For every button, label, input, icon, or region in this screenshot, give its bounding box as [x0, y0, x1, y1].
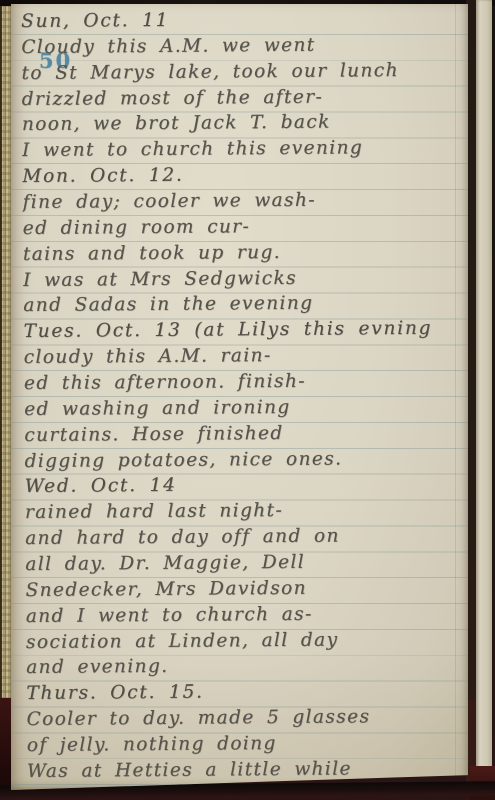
diary-line: noon, we brot Jack T. back — [22, 109, 468, 138]
diary-line: and I went to church as- — [26, 600, 472, 629]
diary-line: and evening. — [26, 652, 472, 681]
diary-line: to St Marys lake, took our lunch — [21, 57, 467, 86]
diary-line: drizzled most of the after- — [22, 83, 468, 112]
diary-line: and Sadas in the evening — [23, 290, 469, 319]
diary-line: ed washing and ironing — [24, 393, 470, 422]
entry-date-line: Thurs. Oct. 15. — [26, 678, 472, 707]
diary-line: I went to church this evening — [22, 135, 468, 164]
diary-line: sociation at Linden, all day — [26, 626, 472, 655]
diary-line: tains and took up rug. — [23, 238, 469, 267]
diary-line: all day. Dr. Maggie, Dell — [25, 549, 471, 578]
diary-photo: 50 Sun, Oct. 11 Cloudy this A.M. we went… — [0, 0, 495, 800]
entry-date-line: Wed. Oct. 14 — [25, 471, 471, 500]
entry-date-line: Sun, Oct. 11 — [21, 5, 467, 34]
diary-line: Was at Hetties a little while — [27, 755, 473, 784]
diary-line: Cooler to day. made 5 glasses — [26, 704, 472, 733]
diary-line: cloudy this A.M. rain- — [24, 342, 470, 371]
diary-page: 50 Sun, Oct. 11 Cloudy this A.M. we went… — [11, 4, 468, 790]
diary-line: digging potatoes, nice ones. — [24, 445, 470, 474]
diary-line: ed dining room cur- — [23, 212, 469, 241]
diary-line: of jelly. nothing doing — [27, 730, 473, 759]
diary-line: Snedecker, Mrs Davidson — [25, 574, 471, 603]
diary-line: rained hard last night- — [25, 497, 471, 526]
page-edges-right — [476, 0, 492, 772]
diary-line: fine day; cooler we wash- — [22, 187, 468, 216]
handwritten-text: Sun, Oct. 11 Cloudy this A.M. we went to… — [21, 5, 473, 784]
diary-line: curtains. Hose finished — [24, 419, 470, 448]
diary-line: I was at Mrs Sedgwicks — [23, 264, 469, 293]
diary-line: and hard to day off and on — [25, 523, 471, 552]
entry-date-line: Mon. Oct. 12. — [22, 161, 468, 190]
diary-line: Cloudy this A.M. we went — [21, 31, 467, 60]
entry-date-line: Tues. Oct. 13 (at Lilys this evning — [23, 316, 469, 345]
diary-line: ed this afternoon. finish- — [24, 368, 470, 397]
